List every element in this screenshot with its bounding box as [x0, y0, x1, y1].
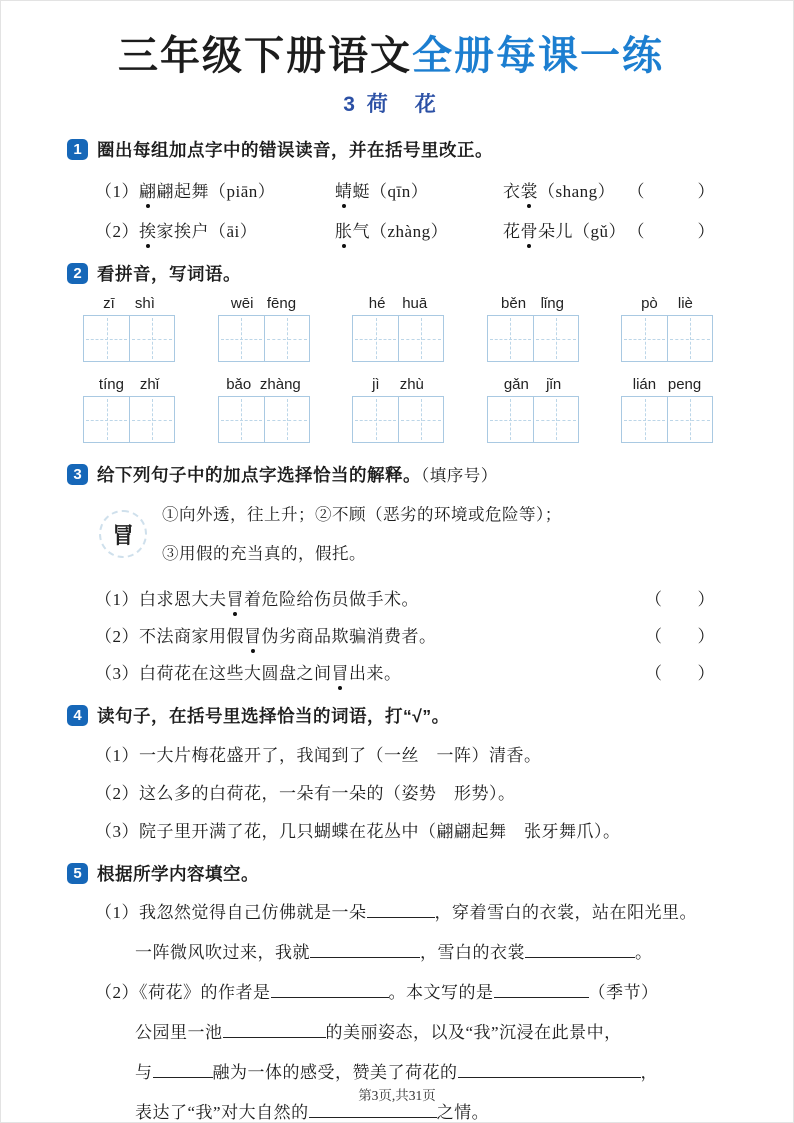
answer-parentheses: （ ）	[645, 659, 715, 684]
item-label: （3）	[95, 659, 139, 684]
pinyin-syllable: jì	[372, 376, 380, 393]
dotted-char: 骨	[521, 217, 539, 242]
section1-number-badge: 1	[67, 139, 88, 160]
pinyin-syllable: jǐn	[546, 376, 561, 393]
writing-grid	[352, 396, 444, 443]
grid-cell	[353, 397, 398, 442]
pinyin-word-group: bǎozhàng	[218, 376, 310, 443]
text-segment: 蜓（qīn）	[353, 182, 429, 201]
writing-grid	[83, 315, 175, 362]
text-segment: 表达了“我”对大自然的	[135, 1103, 309, 1122]
section2-number-badge: 2	[67, 263, 88, 284]
text-segment: 白求恩大夫	[139, 585, 227, 610]
grid-cell	[622, 316, 667, 361]
writing-grid	[621, 396, 713, 443]
pinyin-word-group: gǎnjǐn	[487, 376, 579, 443]
text-segment: ，穿着雪白的衣裳，站在阳光里。	[435, 903, 698, 922]
writing-grid	[83, 396, 175, 443]
fill-blank	[309, 1114, 437, 1118]
worksheet-content: 三年级下册语文全册每课一练 3 荷 花 1 圈出每组加点字中的错误读音，并在括号…	[1, 1, 793, 1123]
page-title: 三年级下册语文全册每课一练	[67, 31, 715, 81]
word-item: 衣裳（shang）	[503, 177, 615, 202]
s4-item-1: （1）一大片梅花盛开了，我闻到了（一丝 一阵）清香。	[95, 741, 715, 766]
grid-cell	[129, 397, 174, 442]
grid-cell	[84, 397, 129, 442]
page-title-blue: 全册每课一练	[412, 33, 664, 78]
pinyin-syllable: zhù	[400, 376, 424, 393]
text-segment: 衣	[503, 182, 521, 201]
pinyin-syllable: pò	[641, 295, 658, 312]
dotted-char: 翩	[139, 177, 157, 202]
pinyin-syllable: běn	[501, 295, 526, 312]
s3-item-3: （3）白荷花在这些大圆盘之间冒出来。 （ ）	[95, 659, 715, 684]
dotted-char: 冒	[227, 585, 245, 610]
pinyin-syllable: peng	[668, 376, 701, 393]
pinyin-grid-block: zīshì wēifēng héhuā běnlǐng pòliè	[83, 295, 713, 443]
text-segment: 花	[503, 222, 521, 241]
text-segment: ，	[641, 1063, 659, 1082]
dotted-char: 冒	[244, 622, 262, 647]
grid-cell	[398, 397, 443, 442]
section3-title-text: 给下列句子中的加点字选择恰当的解释。	[97, 465, 421, 485]
item-label: （2）	[95, 622, 139, 647]
grid-cell	[488, 397, 533, 442]
text-segment: 。本文写的是	[389, 983, 494, 1002]
answer-parentheses: （ ）	[645, 585, 715, 610]
answer-parentheses: （ ）	[628, 177, 716, 202]
pinyin-row-2: tíngzhǐ bǎozhàng jìzhù gǎnjǐn liánpeng	[83, 376, 713, 443]
text-segment: ，雪白的衣裳	[420, 943, 525, 962]
fill-blank	[367, 914, 435, 918]
item-label: （1）	[95, 177, 139, 202]
text-segment: 我忽然觉得自己仿佛就是一朵	[139, 903, 367, 922]
definition-line: ③用假的充当真的，假托。	[162, 534, 562, 573]
s3-item-1: （1）白求恩大夫冒着危险给伤员做手术。 （ ）	[95, 585, 715, 610]
grid-cell	[667, 397, 712, 442]
writing-grid	[352, 315, 444, 362]
section3-title-note: （填序号）	[421, 466, 498, 485]
pinyin-word-group: wēifēng	[218, 295, 310, 362]
fill-blank	[153, 1074, 213, 1078]
text-segment: （shang）	[538, 182, 615, 201]
s5-item2-line1: （2）《荷花》的作者是。本文写的是（季节）	[95, 979, 715, 1006]
section5-heading: 5 根据所学内容填空。	[67, 861, 715, 886]
section3-title: 给下列句子中的加点字选择恰当的解释。（填序号）	[97, 462, 498, 487]
text-segment: 出来。	[349, 659, 402, 684]
text-segment: 与	[135, 1063, 153, 1082]
section2-heading: 2 看拼音，写词语。	[67, 261, 715, 286]
grid-cell	[84, 316, 129, 361]
dotted-char: 蜻	[335, 177, 353, 202]
pinyin-row-1: zīshì wēifēng héhuā běnlǐng pòliè	[83, 295, 713, 362]
grid-cell	[264, 397, 309, 442]
writing-grid	[218, 315, 310, 362]
word-item: 花骨朵儿（gǔ）	[503, 217, 626, 242]
text-segment: 不法商家用假	[139, 622, 244, 647]
s5-item2-line2: 公园里一池的美丽姿态，以及“我”沉浸在此景中，	[135, 1019, 715, 1046]
text-segment: 《荷花》的作者是	[139, 983, 271, 1002]
word-item: 蜻蜓（qīn）	[335, 177, 503, 202]
writing-grid	[487, 396, 579, 443]
pinyin-word-group: jìzhù	[352, 376, 444, 443]
pinyin-syllable: zī	[103, 295, 115, 312]
page-number: 第3页,共31页	[1, 1084, 793, 1104]
grid-cell	[622, 397, 667, 442]
s5-item1-line2: 一阵微风吹过来，我就，雪白的衣裳。	[135, 939, 715, 966]
text-segment: 公园里一池	[135, 1023, 223, 1042]
word-item: 翩翩起舞（piān）	[139, 177, 335, 202]
writing-grid	[487, 315, 579, 362]
text-segment: 。	[635, 943, 653, 962]
grid-cell	[667, 316, 712, 361]
fill-blank	[271, 994, 389, 998]
definitions-block: 冒 ①向外透，往上升；②不顾（恶劣的环境或危险等）； ③用假的充当真的，假托。	[99, 495, 715, 573]
pinyin-syllable: hé	[369, 295, 386, 312]
pinyin-word-group: tíngzhǐ	[83, 376, 175, 443]
word-item: 胀气（zhàng）	[335, 217, 503, 242]
fill-blank	[458, 1074, 641, 1078]
section5-title: 根据所学内容填空。	[97, 861, 259, 886]
section3-heading: 3 给下列句子中的加点字选择恰当的解释。（填序号）	[67, 462, 715, 487]
definition-line: ①向外透，往上升；②不顾（恶劣的环境或危险等）；	[162, 495, 562, 534]
definition-lines: ①向外透，往上升；②不顾（恶劣的环境或危险等）； ③用假的充当真的，假托。	[162, 495, 562, 573]
dotted-char: 胀	[335, 217, 353, 242]
word-item: 挨家挨户（āi）	[139, 217, 335, 242]
section1-heading: 1 圈出每组加点字中的错误读音，并在括号里改正。	[67, 137, 715, 162]
dotted-char: 裳	[521, 177, 539, 202]
answer-parentheses: （ ）	[645, 622, 715, 647]
s4-item-3: （3）院子里开满了花，几只蝴蝶在花丛中（翩翩起舞 张牙舞爪）。	[95, 817, 715, 842]
dotted-char: 冒	[332, 659, 350, 684]
text-segment: 朵儿（gǔ）	[538, 222, 626, 241]
target-character-circle: 冒	[99, 510, 147, 558]
pinyin-syllable: liè	[678, 295, 693, 312]
s1-row-2: （2） 挨家挨户（āi） 胀气（zhàng） 花骨朵儿（gǔ） （ ）	[95, 217, 715, 242]
pinyin-syllable: fēng	[267, 295, 296, 312]
s4-item-2: （2）这么多的白荷花，一朵有一朵的（姿势 形势）。	[95, 779, 715, 804]
fill-blank	[223, 1034, 326, 1038]
pinyin-syllable: tíng	[99, 376, 124, 393]
pinyin-syllable: shì	[135, 295, 155, 312]
grid-cell	[488, 316, 533, 361]
lesson-title: 3 荷 花	[67, 88, 715, 118]
s5-item2-line3: 与融为一体的感受，赞美了荷花的，	[135, 1059, 715, 1086]
grid-cell	[219, 397, 264, 442]
text-segment: （季节）	[589, 983, 659, 1002]
item-label: （1）	[95, 903, 139, 922]
pinyin-word-group: zīshì	[83, 295, 175, 362]
grid-cell	[129, 316, 174, 361]
pinyin-syllable: zhǐ	[140, 376, 159, 393]
section2-title: 看拼音，写词语。	[97, 261, 241, 286]
text-segment: 家挨户（āi）	[157, 222, 258, 241]
section3-number-badge: 3	[67, 464, 88, 485]
section4-heading: 4 读句子，在括号里选择恰当的词语，打“√”。	[67, 703, 715, 728]
fill-blank	[494, 994, 589, 998]
grid-cell	[264, 316, 309, 361]
pinyin-word-group: héhuā	[352, 295, 444, 362]
grid-cell	[219, 316, 264, 361]
text-segment: 一阵微风吹过来，我就	[135, 943, 310, 962]
text-segment: 融为一体的感受，赞美了荷花的	[213, 1063, 458, 1082]
pinyin-syllable: zhàng	[260, 376, 301, 393]
dotted-char: 挨	[139, 217, 157, 242]
fill-blank	[525, 954, 635, 958]
item-label: （2）	[95, 217, 139, 242]
section4-title: 读句子，在括号里选择恰当的词语，打“√”。	[97, 703, 450, 728]
text-segment: 之情。	[437, 1103, 490, 1122]
text-segment: 翩起舞（piān）	[157, 182, 276, 201]
answer-parentheses: （ ）	[628, 217, 716, 242]
text-segment: 伪劣商品欺骗消费者。	[262, 622, 437, 647]
writing-grid	[218, 396, 310, 443]
text-segment: 的美丽姿态，以及“我”沉浸在此景中，	[326, 1023, 622, 1042]
s1-row-1: （1） 翩翩起舞（piān） 蜻蜓（qīn） 衣裳（shang） （ ）	[95, 177, 715, 202]
s5-item1-line1: （1）我忽然觉得自己仿佛就是一朵，穿着雪白的衣裳，站在阳光里。	[95, 899, 715, 926]
pinyin-syllable: huā	[402, 295, 427, 312]
item-label: （1）	[95, 585, 139, 610]
grid-cell	[353, 316, 398, 361]
pinyin-syllable: wēi	[231, 295, 254, 312]
s3-item-2: （2）不法商家用假冒伪劣商品欺骗消费者。 （ ）	[95, 622, 715, 647]
text-segment: 气（zhàng）	[353, 222, 449, 241]
grid-cell	[533, 316, 578, 361]
worksheet-page: 三年级下册语文全册每课一练 3 荷 花 1 圈出每组加点字中的错误读音，并在括号…	[0, 0, 794, 1123]
pinyin-word-group: pòliè	[621, 295, 713, 362]
pinyin-syllable: bǎo	[226, 376, 251, 393]
fill-blank	[310, 954, 420, 958]
grid-cell	[533, 397, 578, 442]
grid-cell	[398, 316, 443, 361]
pinyin-syllable: gǎn	[504, 376, 529, 393]
pinyin-syllable: lǐng	[541, 295, 564, 312]
pinyin-word-group: běnlǐng	[487, 295, 579, 362]
pinyin-syllable: lián	[633, 376, 656, 393]
pinyin-word-group: liánpeng	[621, 376, 713, 443]
page-title-black: 三年级下册语文	[118, 33, 412, 78]
text-segment: 着危险给伤员做手术。	[244, 585, 419, 610]
section1-title: 圈出每组加点字中的错误读音，并在括号里改正。	[97, 137, 493, 162]
text-segment: 白荷花在这些大圆盘之间	[139, 659, 332, 684]
section5-number-badge: 5	[67, 863, 88, 884]
item-label: （2）	[95, 983, 139, 1002]
writing-grid	[621, 315, 713, 362]
section4-number-badge: 4	[67, 705, 88, 726]
